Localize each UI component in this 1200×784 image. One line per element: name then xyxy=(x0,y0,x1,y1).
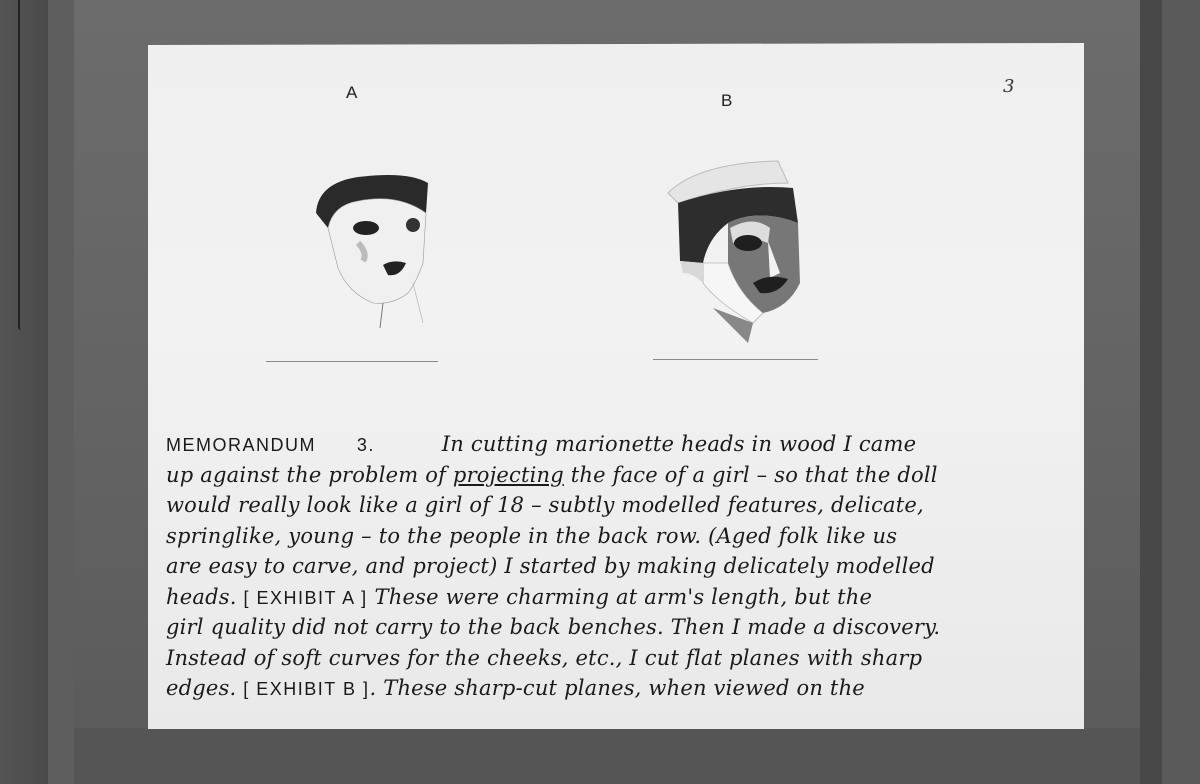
memo-line-3: would really look like a girl of 18 – su… xyxy=(166,490,1046,521)
figure-label-a: A xyxy=(346,83,357,103)
memo-line-9: edges. [ EXHIBIT B ]. These sharp-cut pl… xyxy=(166,673,1046,704)
memo-line-2: up against the problem of projecting the… xyxy=(166,460,1046,491)
memo-heading: MEMORANDUM xyxy=(166,435,316,455)
memo-line-8: Instead of soft curves for the cheeks, e… xyxy=(166,643,1046,674)
wall-right-edge xyxy=(1140,0,1162,784)
memo-line-4: springlike, young – to the people in the… xyxy=(166,521,1046,552)
cable xyxy=(18,0,24,330)
page-number: 3 xyxy=(1003,76,1014,97)
exhibit-b-reference: [ EXHIBIT B ] xyxy=(243,679,369,699)
figure-label-b: B xyxy=(721,91,732,111)
memo-text: heads. xyxy=(166,585,243,609)
memo-text: up against the problem of xyxy=(166,463,453,487)
memo-text: . These sharp-cut planes, when viewed on… xyxy=(369,676,864,700)
screen-bottom xyxy=(74,728,1140,784)
memo-line-5: are easy to carve, and project) I starte… xyxy=(166,551,1046,582)
projected-document-page: A B 3 MEMORANDUM 3. In cutting marionett… xyxy=(148,43,1084,729)
memo-text: the face of a girl – so that the doll xyxy=(564,463,938,487)
figure-a-baseline xyxy=(266,361,438,362)
memorandum-text: MEMORANDUM 3. In cutting marionette head… xyxy=(166,429,1046,704)
underlined-word: projecting xyxy=(453,463,564,487)
memo-line-7: girl quality did not carry to the back b… xyxy=(166,612,1046,643)
wall-right xyxy=(1162,0,1200,784)
sketch-head-a xyxy=(288,153,448,353)
memo-number: 3. xyxy=(357,435,375,455)
wall-left xyxy=(0,0,48,784)
figure-b-baseline xyxy=(653,359,818,360)
sketch-head-b xyxy=(658,143,818,353)
memo-line-6: heads. [ EXHIBIT A ] These were charming… xyxy=(166,582,1046,613)
memo-text: These were charming at arm's length, but… xyxy=(368,585,872,609)
exhibit-a-reference: [ EXHIBIT A ] xyxy=(243,588,367,608)
memo-line-1: MEMORANDUM 3. In cutting marionette head… xyxy=(166,429,1046,460)
memo-text: edges. xyxy=(166,676,243,700)
memo-text: In cutting marionette heads in wood I ca… xyxy=(442,432,916,456)
